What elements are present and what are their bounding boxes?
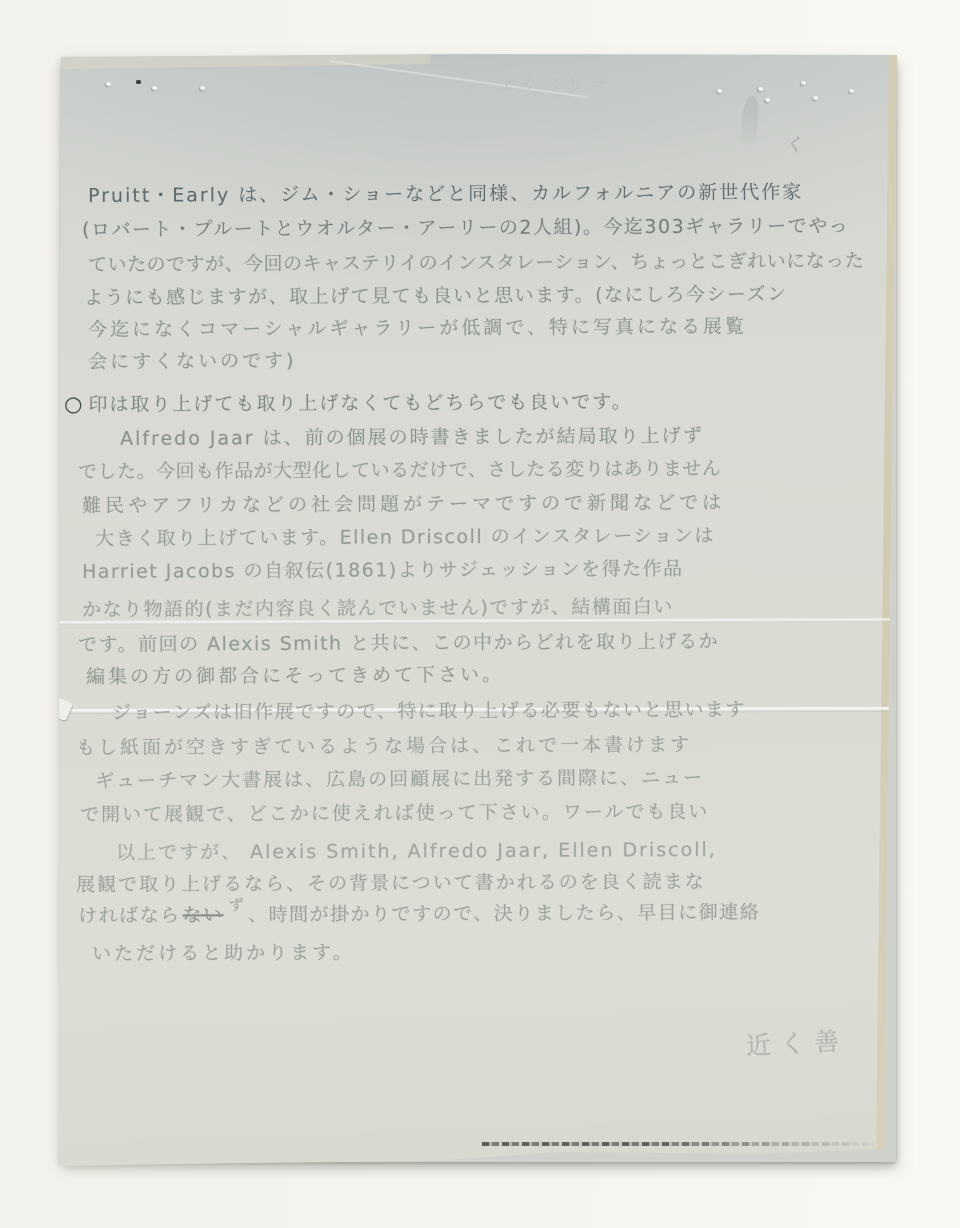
handwritten-line: 大きく取り上げています。Ellen Driscoll のインスタレーションは xyxy=(95,521,715,551)
staple-hole xyxy=(849,89,854,93)
handwritten-line: 会にすくないのです) xyxy=(88,346,297,374)
handwritten-line: ギューチマン大書展は、広島の回顧展に出発する間際に、ニュー xyxy=(95,763,704,793)
handwritten-line: Pruitt・Early は、ジム・ショーなどと同様、カルフォルニアの新世代作家 xyxy=(88,177,803,208)
handwritten-line: ○印は取り上げても取り上げなくてもどちらでも良いです。 xyxy=(64,387,633,417)
handwritten-text: 、時間が掛かりですので、決りましたら、早目に御連絡 xyxy=(248,901,760,926)
handwritten-line: Alfredo Jaar は、前の個展の時書きましたが結局取り上げず xyxy=(120,421,704,451)
handwritten-line: ていたのですが、今回のキャステリイのインスタレーション、ちょっとこぎれいになった xyxy=(88,246,864,277)
staple-hole xyxy=(717,89,722,93)
handwritten-line: 編集の方の御都合にそってきめて下さい。 xyxy=(86,660,504,689)
circle-mark: ○ xyxy=(64,392,84,416)
handwritten-line: 今迄になくコマーシャルギャラリーが低調で、特に写真になる展覧 xyxy=(88,312,747,342)
handwritten-line: いただけると助かります。 xyxy=(92,938,355,966)
staple-hole xyxy=(765,98,770,102)
handwritten-line: ようにも感じますが、取上げて見ても良いと思います。(なにしろ今シーズン xyxy=(84,279,788,310)
handwritten-line: かなり物語的(まだ内容良く読んでいません)ですが、結構面白い xyxy=(82,592,674,622)
handwritten-line: (ロバート・プルートとウオルター・アーリーの2人組)。今迄303ギャラリーでやっ xyxy=(82,211,849,242)
handwritten-line: で開いて展観で、どこかに使えれば使って下さい。ワールでも良い xyxy=(80,797,709,827)
insertion-text: ず xyxy=(229,896,246,914)
handwritten-line: ジョーンズは旧作展ですので、特に取り上げる必要もないと思います xyxy=(112,695,746,725)
struck-text: ない xyxy=(183,904,224,926)
handwritten-line: 難民やアフリカなどの社会問題がテーマですので新聞などでは xyxy=(82,488,725,518)
edge-tear xyxy=(52,698,73,721)
pencil-mark: く xyxy=(784,129,807,159)
handwritten-line: でした。今回も作品が大型化しているだけで、さしたる変りはありません xyxy=(78,454,721,484)
staple-hole xyxy=(758,87,763,91)
staple-hole xyxy=(813,96,818,100)
handwritten-text: 印は取り上げても取り上げなくてもどちらでも良いです。 xyxy=(88,391,632,416)
handwritten-line: 以上ですが、 Alexis Smith, Alfredo Jaar, Ellen… xyxy=(116,835,717,865)
signature: 近く善 xyxy=(745,1021,849,1062)
pencil-smudge xyxy=(739,95,760,146)
handwritten-line: ければならないず、時間が掛かりですので、決りましたら、早目に御連絡 xyxy=(78,897,760,928)
smudge-line-fade xyxy=(482,1141,874,1147)
staple-hole xyxy=(200,86,205,90)
staple-mark xyxy=(136,80,141,84)
handwritten-line: Harriet Jacobs の自叙伝(1861)よりサジェッションを得た作品 xyxy=(82,554,684,584)
staple-hole xyxy=(106,82,111,86)
handwritten-line: 展観で取り上げるなら、その背景について書かれるのを良く読まな xyxy=(76,867,706,897)
letter-paper: エクスリー く Pruitt・Early は、ジム・ショーなどと同様、カルフォル… xyxy=(0,0,960,1228)
handwritten-line: です。前回の Alexis Smith と共に、この中からどれを取り上げるか xyxy=(78,627,719,657)
pencil-note: エクスリー xyxy=(498,68,614,98)
handwritten-text: ければなら xyxy=(78,904,181,927)
staple-hole xyxy=(152,86,157,90)
handwritten-line: もし紙面が空きすぎているような場合は、これで一本書けます xyxy=(76,730,692,760)
staple-hole xyxy=(801,81,806,85)
